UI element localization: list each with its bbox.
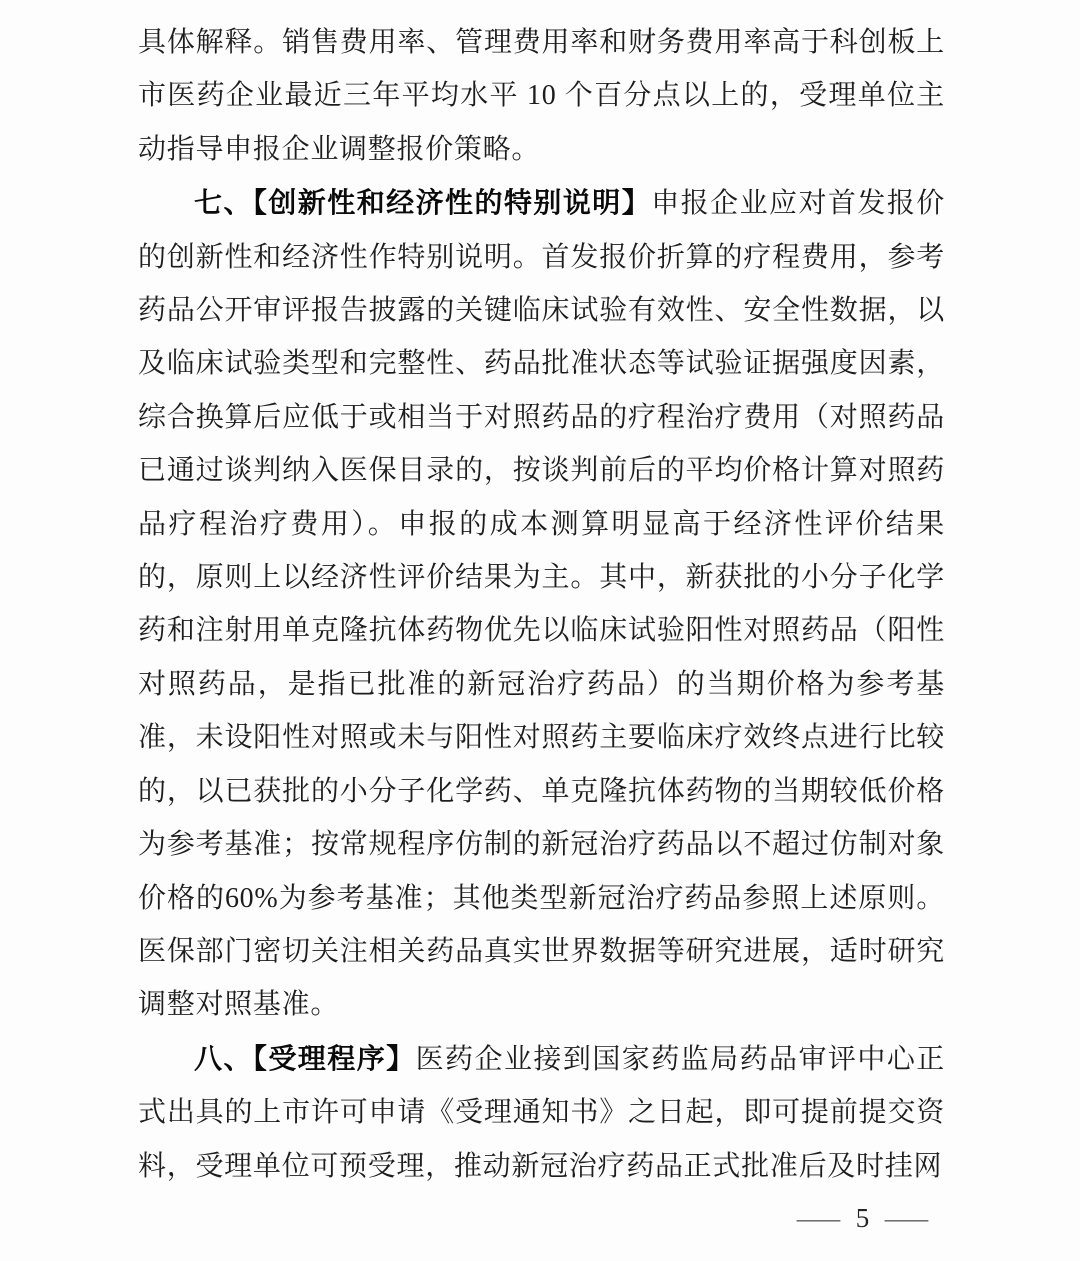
- body-text: 具体解释。销售费用率、管理费用率和财务费用率高于科创板上市医药企业最近三年平均水…: [138, 27, 945, 165]
- page-footer: — 5 —: [770, 1198, 955, 1238]
- body-text: 申报企业应对首发报价的创新性和经济性作特别说明。首发报价折算的疗程费用，参考药品…: [138, 188, 945, 1020]
- footer-dash-right: —: [885, 1198, 928, 1238]
- document-body: 具体解释。销售费用率、管理费用率和财务费用率高于科创板上市医药企业最近三年平均水…: [138, 16, 945, 1193]
- page-number: 5: [856, 1198, 870, 1238]
- paragraph: 八、【受理程序】医药企业接到国家药监局药品审评中心正式出具的上市许可申请《受理通…: [138, 1032, 945, 1193]
- document-page: 具体解释。销售费用率、管理费用率和财务费用率高于科创板上市医药企业最近三年平均水…: [0, 0, 1080, 1261]
- paragraph: 七、【创新性和经济性的特别说明】申报企业应对首发报价的创新性和经济性作特别说明。…: [138, 176, 945, 1032]
- footer-dash-left: —: [797, 1198, 840, 1238]
- section-heading: 八、【受理程序】: [194, 1043, 416, 1074]
- paragraph: 具体解释。销售费用率、管理费用率和财务费用率高于科创板上市医药企业最近三年平均水…: [138, 16, 945, 176]
- section-heading: 七、【创新性和经济性的特别说明】: [194, 187, 651, 218]
